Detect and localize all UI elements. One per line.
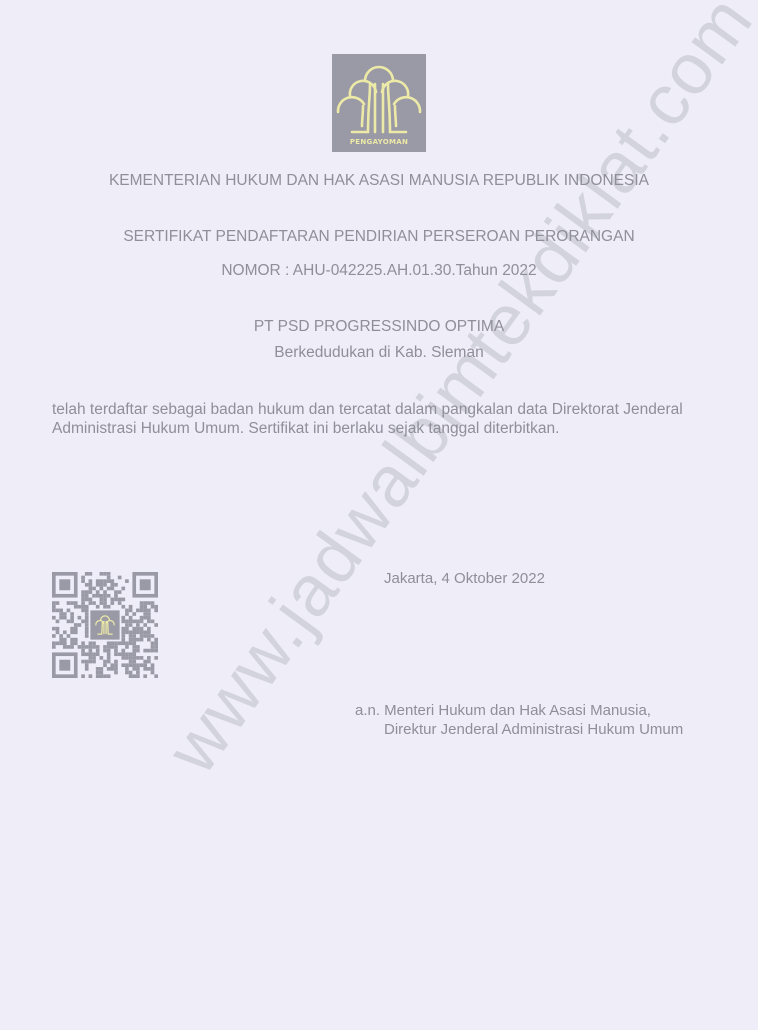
signatory-line-1: a.n. Menteri Hukum dan Hak Asasi Manusia…	[355, 701, 683, 720]
registration-statement: telah terdaftar sebagai badan hukum dan …	[52, 400, 732, 438]
signatory-block: a.n. Menteri Hukum dan Hak Asasi Manusia…	[355, 701, 683, 739]
certificate-title: SERTIFIKAT PENDAFTARAN PENDIRIAN PERSERO…	[0, 228, 758, 246]
qr-code	[52, 572, 158, 678]
signatory-line-2: Direktur Jenderal Administrasi Hukum Umu…	[355, 720, 683, 739]
logo-caption: PENGAYOMAN	[332, 138, 426, 146]
company-domicile: Berkedudukan di Kab. Sleman	[0, 344, 758, 362]
statement-line-2: Administrasi Hukum Umum. Sertifikat ini …	[52, 419, 732, 438]
place-date: Jakarta, 4 Oktober 2022	[384, 570, 545, 587]
certificate-number: NOMOR : AHU-042225.AH.01.30.Tahun 2022	[0, 262, 758, 280]
ministry-name: KEMENTERIAN HUKUM DAN HAK ASASI MANUSIA …	[0, 172, 758, 190]
statement-line-1: telah terdaftar sebagai badan hukum dan …	[52, 400, 732, 419]
qr-code-icon	[52, 572, 158, 678]
company-name: PT PSD PROGRESSINDO OPTIMA	[0, 318, 758, 336]
pengayoman-logo: PENGAYOMAN	[332, 54, 426, 152]
certificate-page: www.jadwalbimtekdiklat.com PENGAY	[0, 0, 758, 1030]
